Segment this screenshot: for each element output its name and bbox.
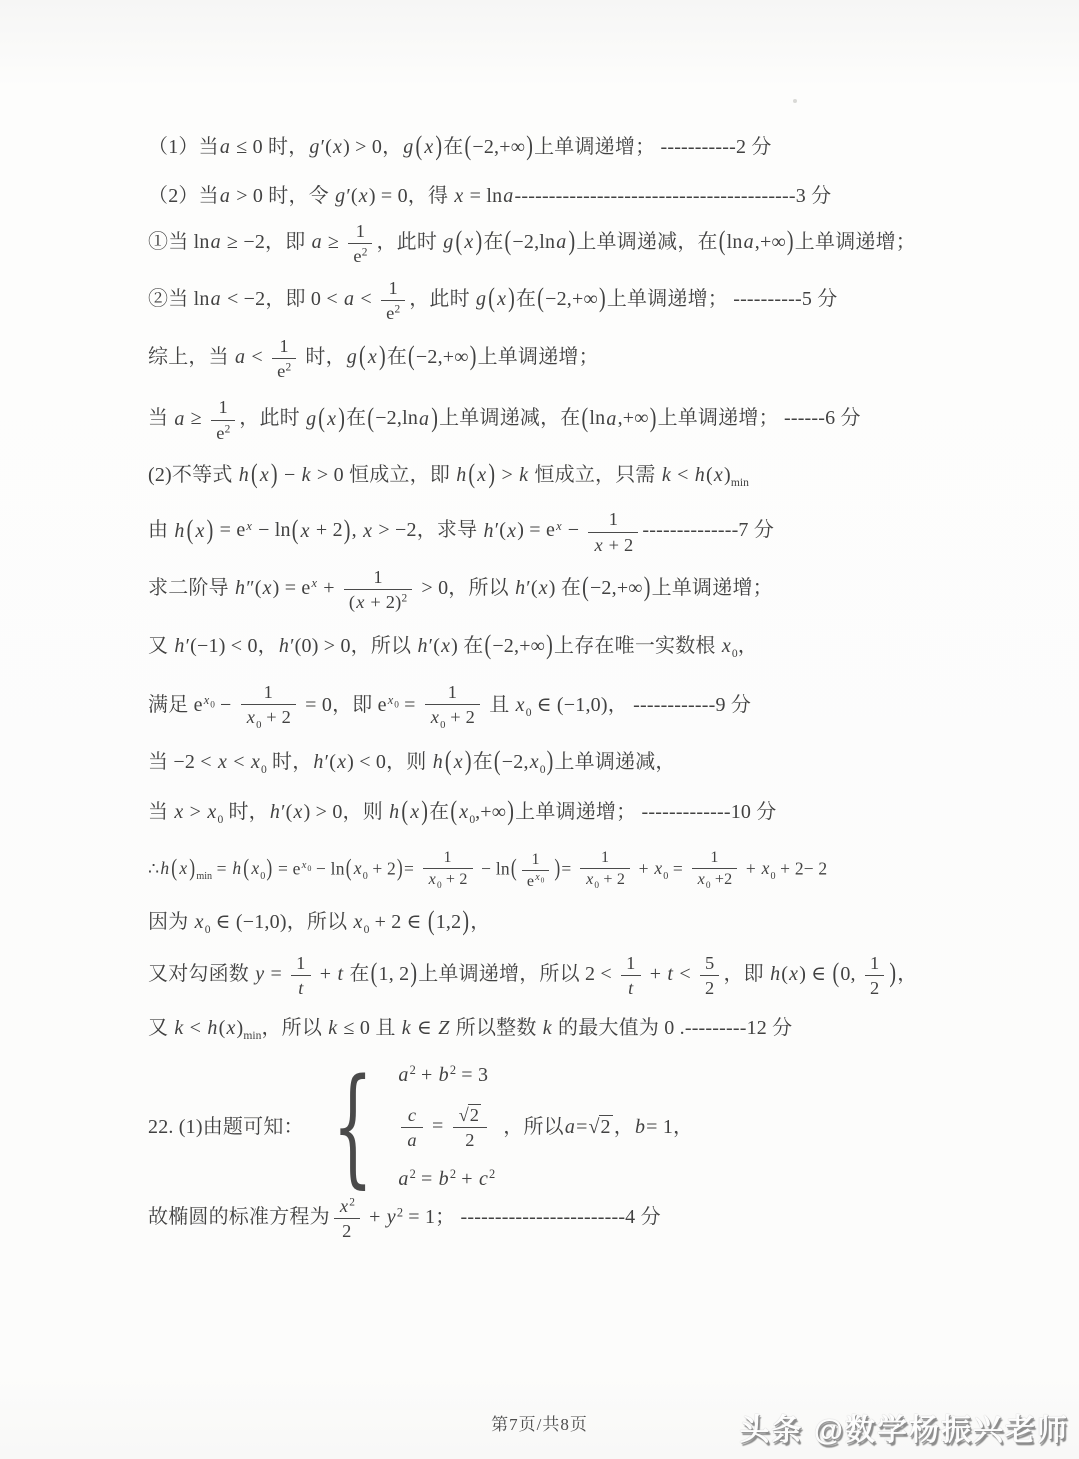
solution-line-14: ∴h(x)min = h(x0) = ex0 − ln(x0 + 2)= 1x0… [148,848,1048,893]
solution-line-10: 又 h′(−1) < 0，h′(0) > 0，所以 h′(x) 在(−2,+∞)… [148,633,1048,662]
system-brace: { [332,1063,373,1191]
system-row: a2 = b2 + c2 [397,1166,495,1193]
solution-line-18: 22. (1)由题可知：{a2 + b2 = 3ca = √22a2 = b2 … [148,1062,1048,1193]
solution-line-12: 当 −2 < x < x0 时，h′(x) < 0，则 h(x)在(−2,x0)… [148,749,1048,778]
system-row: a2 + b2 = 3 [397,1062,495,1089]
solution-line-13: 当 x > x0 时，h′(x) > 0，则 h(x)在(x0,+∞)上单调递增… [148,799,1048,828]
solution-line-2: （2）当a > 0 时，令 g′(x) = 0，得 x = lna-------… [148,183,1048,210]
solution-line-15: 因为 x0 ∈ (−1,0)，所以 x0 + 2 ∈ (1,2)， [148,909,1048,938]
solution-line-19: 故椭圆的标准方程为x22 + y2 = 1； -----------------… [148,1195,1048,1242]
solution-line-17: 又 k < h(x)min，所以 k ≤ 0 且 k ∈ Z 所以整数 k 的最… [148,1015,1048,1044]
solution-line-7: (2)不等式 h(x) − k > 0 恒成立，即 h(x) > k 恒成立，只… [148,462,1048,491]
equation-system: {a2 + b2 = 3ca = √22a2 = b2 + c2 [312,1062,496,1193]
solution-line-4: ②当 lna < −2，即 0 < a < 1e2，此时 g(x)在(−2,+∞… [148,277,1048,324]
solution-line-1: （1）当a ≤ 0 时，g′(x) > 0，g(x)在(−2,+∞)上单调递增；… [148,134,1048,161]
document-page: （1）当a ≤ 0 时，g′(x) > 0，g(x)在(−2,+∞)上单调递增；… [0,0,1079,1459]
solution-line-6: 当 a ≥ 1e2，此时 g(x)在(−2,lna)上单调递减，在(lna,+∞… [148,396,1048,443]
solution-content: （1）当a ≤ 0 时，g′(x) > 0，g(x)在(−2,+∞)上单调递增；… [148,134,1048,1242]
sqrt-radical: √2 [589,1114,613,1141]
solution-line-16: 又对勾函数 y = 1t + t 在(1, 2)上单调递增，所以 2 < 1t … [148,952,1048,999]
solution-line-5: 综上，当 a < 1e2 时，g(x)在(−2,+∞)上单调递增； [148,335,1048,382]
watermark: 头条 @数学杨振兴老师 [739,1405,1069,1449]
solution-line-3: ①当 lna ≥ −2，即 a ≥ 1e2，此时 g(x)在(−2,lna)上单… [148,220,1048,267]
sqrt-radical: √2 [459,1104,482,1126]
scan-artifact [793,99,797,103]
solution-line-11: 满足 ex0 − 1x0 + 2 = 0，即 ex0 = 1x0 + 2 且 x… [148,681,1048,732]
solution-line-8: 由 h(x) = ex − ln(x + 2), x > −2，求导 h′(x)… [148,508,1048,555]
system-row: ca = √22 [397,1104,495,1151]
solution-line-9: 求二阶导 h″(x) = ex + 1(x + 2)2 > 0，所以 h′(x)… [148,566,1048,613]
